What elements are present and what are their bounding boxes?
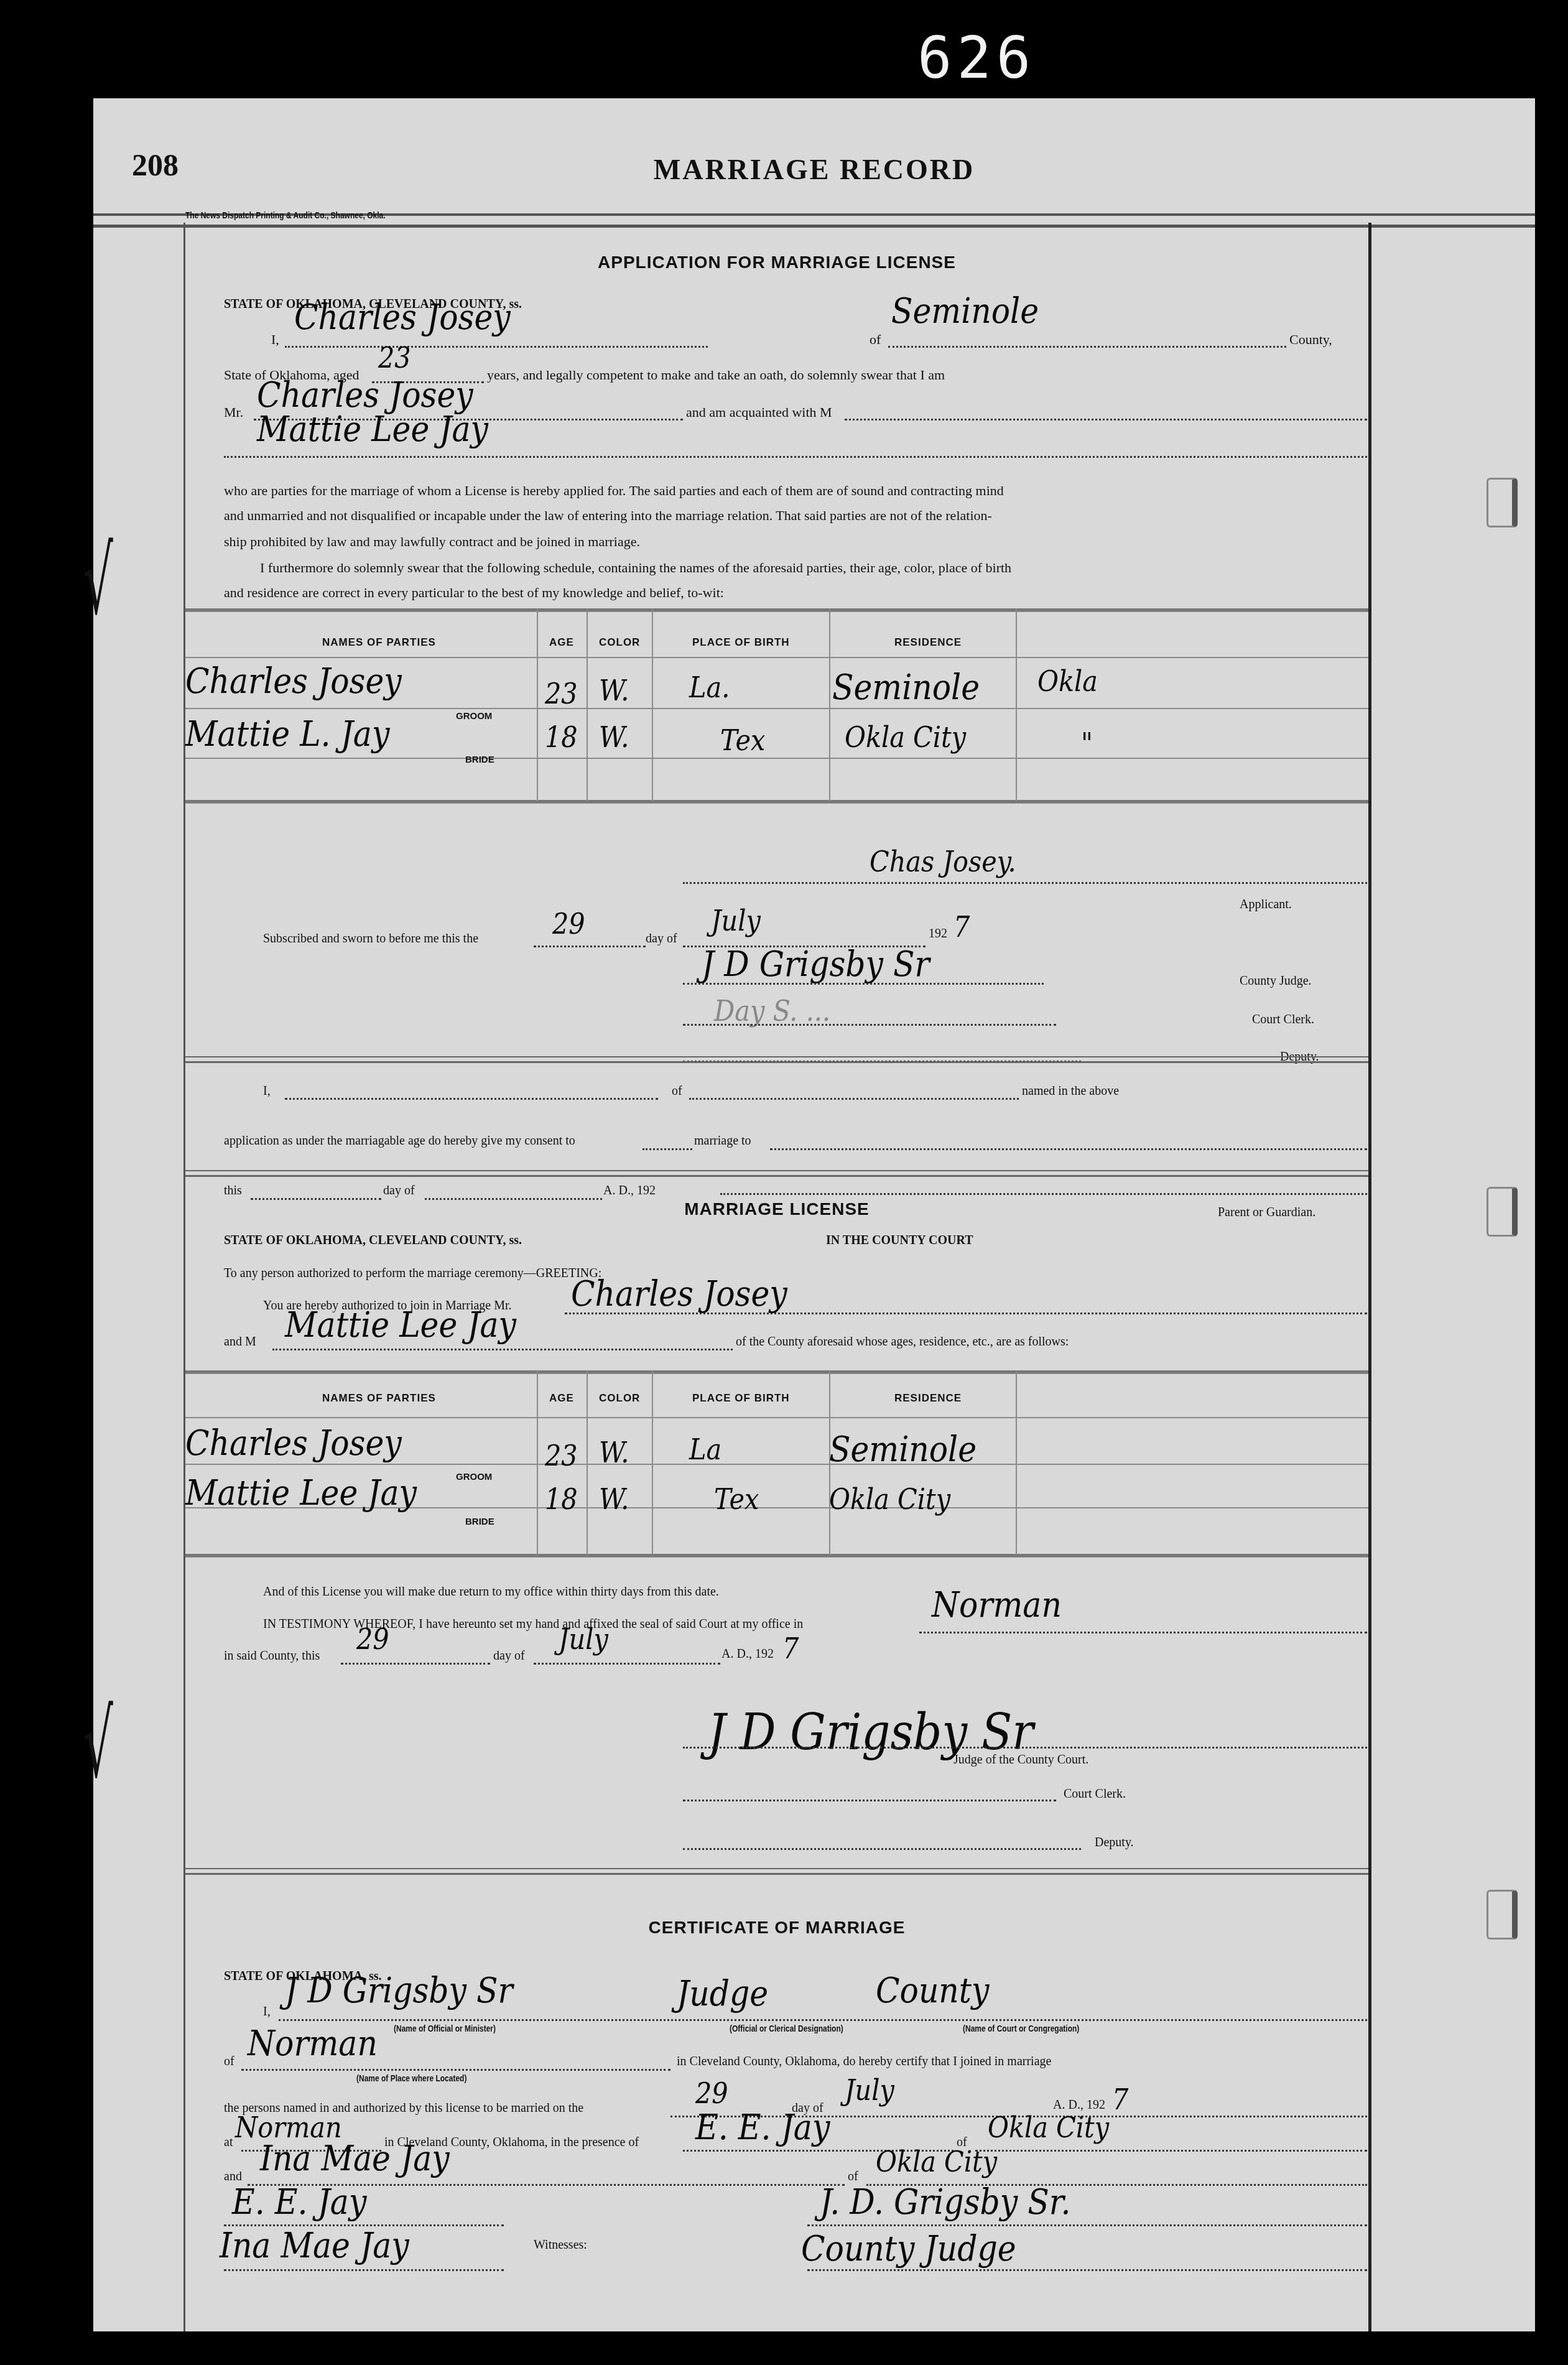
license-section: MARRIAGE LICENSE STATE OF OKLAHOMA, CLEV…: [185, 1174, 1368, 1964]
cell-color: W.: [599, 1436, 629, 1469]
cert-year-field: 7: [1112, 2083, 1128, 2116]
sworn-day-line: [534, 946, 646, 947]
license-deputy-line: [683, 1848, 1081, 1850]
return-text: And of this License you will make due re…: [263, 1585, 719, 1599]
consent-of: of: [672, 1084, 682, 1099]
cell-birth: La.: [689, 671, 730, 704]
license-clerk-line: [683, 1800, 1056, 1801]
office-place-field: Norman: [932, 1585, 1062, 1625]
col-header-residence: RESIDENCE: [894, 1392, 962, 1405]
label-county: County,: [1289, 332, 1332, 348]
binder-clip-icon: [1487, 1890, 1518, 1940]
paragraph-1: who are parties for the marriage of whom…: [224, 483, 1004, 499]
witness-sig2-line: [224, 2269, 504, 2271]
judge-county-court-label: Judge of the County Court.: [953, 1753, 1088, 1767]
bride-line: [224, 456, 1367, 458]
applicant-label: Applicant.: [1240, 898, 1292, 912]
cell-residence: Seminole: [832, 667, 980, 708]
col-header-names: NAMES OF PARTIES: [322, 636, 436, 649]
witness1-place-field: Okla City: [988, 2111, 1109, 2144]
officiant-title: County Judge: [801, 2229, 1016, 2269]
license-month-field: July: [559, 1622, 608, 1656]
cert-place-field: Norman: [248, 2023, 378, 2064]
col-header-names: NAMES OF PARTIES: [322, 1392, 436, 1405]
applicant-county-field: Seminole: [891, 291, 1039, 332]
officiant-signature: J. D. Grigsby Sr.: [820, 2182, 1070, 2223]
cell-name: Charles Josey: [185, 1423, 402, 1464]
sworn-day-field: 29: [552, 907, 585, 941]
paragraph-4: I furthermore do solemnly swear that the…: [260, 560, 1011, 576]
label-mr: Mr.: [224, 404, 243, 420]
cell-age: 18: [545, 1482, 578, 1516]
application-heading: APPLICATION FOR MARRIAGE LICENSE: [185, 253, 1368, 272]
cell-extra: Okla: [1037, 664, 1098, 698]
label-acquainted: and am acquainted with M: [686, 404, 832, 420]
official-line: [279, 2019, 1367, 2021]
license-heading: MARRIAGE LICENSE: [185, 1199, 1368, 1219]
cert-month-field: July: [845, 2073, 894, 2107]
license-groom-field: Charles Josey: [571, 1274, 787, 1314]
certificate-section: CERTIFICATE OF MARRIAGE STATE OF OKLAHOM…: [185, 1871, 1368, 2331]
cell-residence: Okla City: [829, 1482, 950, 1516]
check-mark-icon: √: [83, 527, 113, 636]
witness2-field: Ina Mae Jay: [260, 2139, 450, 2179]
col-header-age: AGE: [549, 1392, 574, 1405]
consent-to-line: [643, 1148, 692, 1150]
page-title: MARRIAGE RECORD: [93, 153, 1535, 186]
judge-sign-line: [683, 983, 1044, 985]
license-day-field: 29: [356, 1622, 389, 1656]
sworn-text: Subscribed and sworn to before me this t…: [263, 932, 478, 946]
sworn-year-prefix: 192: [929, 927, 947, 941]
testimony-text: IN TESTIMONY WHEREOF, I have hereunto se…: [263, 1617, 803, 1632]
col-header-birth: PLACE OF BIRTH: [692, 636, 790, 649]
applicant-name-line: [285, 346, 708, 348]
consent-spouse-line: [770, 1148, 1367, 1150]
license-bride-line: [272, 1349, 733, 1350]
sworn-dayof: day of: [646, 932, 677, 946]
office-place-line: [919, 1632, 1367, 1633]
place-line: [241, 2069, 670, 2071]
caption-official: (Name of Official or Minister): [394, 2023, 496, 2034]
cell-name: Mattie L. Jay: [185, 714, 389, 755]
paragraph-3: ship prohibited by law and may lawfully …: [224, 534, 640, 550]
oath-text: years, and legally competent to make and…: [487, 367, 945, 383]
paragraph-5: and residence are correct in every parti…: [224, 585, 724, 601]
court-name-field: County: [876, 1971, 990, 2011]
consent-text: application as under the marriagable age…: [224, 1134, 575, 1148]
license-bride-field: Mattie Lee Jay: [285, 1305, 516, 1345]
officiant-title-line: [807, 2269, 1367, 2271]
role-label: GROOM: [456, 1472, 492, 1482]
cell-name: Mattie Lee Jay: [185, 1473, 417, 1513]
county-aforesaid: of the County aforesaid whose ages, resi…: [736, 1335, 1069, 1349]
applicant-sign-line: [683, 882, 1367, 884]
col-header-color: COLOR: [599, 1392, 640, 1405]
court-clerk-label: Court Clerk.: [1252, 1013, 1314, 1027]
license-judge-line: [683, 1747, 1367, 1749]
binder-clip-icon: [1487, 1187, 1518, 1237]
bride-name-field: Mattie Lee Jay: [257, 409, 488, 450]
cell-residence: Okla City: [845, 720, 966, 754]
applicant-age-field: 23: [378, 341, 411, 374]
applicant-signature: Chas Josey.: [870, 845, 1016, 878]
cell-residence: Seminole: [829, 1429, 977, 1470]
consent-i: I,: [263, 1084, 271, 1099]
witness1-place-line: [975, 2150, 1367, 2152]
col-header-residence: RESIDENCE: [894, 636, 962, 649]
cell-age: 23: [545, 677, 578, 710]
record-page: 208 MARRIAGE RECORD The News Dispatch Pr…: [93, 98, 1535, 2331]
consent-named: named in the above: [1022, 1084, 1119, 1099]
license-parties-table: NAMES OF PARTIES AGE COLOR PLACE OF BIRT…: [185, 1370, 1368, 1563]
cell-color: W.: [599, 1482, 629, 1516]
witness2-place-field: Okla City: [876, 2145, 997, 2178]
caption-place: (Name of Place where Located): [356, 2073, 466, 2084]
paragraph-2: and unmarried and not disqualified or in…: [224, 508, 992, 524]
label-of: of: [870, 332, 881, 348]
witnesses-label: Witnesses:: [534, 2238, 587, 2252]
witness1-field: E. E. Jay: [695, 2107, 830, 2148]
page-stamp-number: 626: [917, 25, 1036, 91]
label-i: I,: [271, 332, 279, 348]
cert-i: I,: [263, 2005, 271, 2019]
cell-color: W.: [599, 674, 629, 707]
license-venue: STATE OF OKLAHOMA, CLEVELAND COUNTY, ss.: [224, 1234, 522, 1248]
right-column-rule: [1368, 223, 1371, 2331]
license-deputy-label: Deputy.: [1095, 1836, 1134, 1850]
printer-imprint: The News Dispatch Printing & Audit Co., …: [185, 210, 386, 221]
cell-name: Charles Josey: [185, 661, 402, 702]
cell-age: 23: [545, 1439, 578, 1472]
cert-at: at: [224, 2135, 233, 2150]
binder-clip-icon: [1487, 478, 1518, 527]
role-label: BRIDE: [465, 755, 494, 765]
cell-birth: Tex: [720, 723, 765, 757]
sworn-month-field: July: [711, 904, 761, 937]
clerk-signature: Day S. ...: [714, 994, 830, 1028]
officiant-line: [807, 2224, 1367, 2226]
caption-court: (Name of Court or Congregation): [963, 2023, 1079, 2034]
cell-birth: Tex: [714, 1482, 759, 1516]
cert-of-suffix: in Cleveland County, Oklahoma, do hereby…: [677, 2055, 1051, 2069]
sworn-year-field: 7: [953, 910, 970, 944]
greeting: To any person authorized to perform the …: [224, 1266, 601, 1281]
role-label: GROOM: [456, 711, 492, 722]
judge-signature: J D Grigsby Sr: [702, 944, 930, 985]
county-judge-label: County Judge.: [1240, 974, 1312, 988]
col-header-age: AGE: [549, 636, 574, 649]
applicant-name-field: Charles Josey: [294, 297, 511, 338]
acquainted-line: [845, 419, 1367, 420]
consent-name-line: [285, 1098, 658, 1100]
cert-of: of: [224, 2055, 234, 2069]
applicant-county-line: [888, 346, 1286, 348]
license-year-field: 7: [782, 1632, 799, 1665]
clerk-sign-line: [683, 1024, 1056, 1026]
certificate-heading: CERTIFICATE OF MARRIAGE: [185, 1918, 1368, 1938]
cell-age: 18: [545, 720, 578, 754]
col-header-color: COLOR: [599, 636, 640, 649]
license-day-line: [341, 1663, 490, 1665]
consent-place-line: [689, 1098, 1019, 1100]
cell-birth: La: [689, 1433, 721, 1466]
and-m: and M: [224, 1335, 256, 1349]
application-parties-table: NAMES OF PARTIES AGE COLOR PLACE OF BIRT…: [185, 608, 1368, 807]
cell-color: W.: [599, 720, 629, 754]
cert-day-field: 29: [695, 2076, 728, 2110]
license-year-prefix: A. D., 192: [721, 1647, 774, 1661]
cell-extra: ": [1081, 727, 1093, 760]
witness-signature-2: Ina Mae Jay: [220, 2226, 409, 2266]
official-designation-field: Judge: [677, 1974, 768, 2014]
witness-signature-1: E. E. Jay: [232, 2182, 366, 2223]
county-court: IN THE COUNTY COURT: [826, 1234, 973, 1248]
consent-marriage-to: marriage to: [694, 1134, 751, 1148]
col-header-birth: PLACE OF BIRTH: [692, 1392, 790, 1405]
license-month-line: [534, 1663, 720, 1665]
official-name-field: J D Grigsby Sr: [285, 1971, 513, 2011]
role-label: BRIDE: [465, 1517, 494, 1527]
county-this: in said County, this: [224, 1649, 320, 1663]
license-dayof: day of: [493, 1649, 525, 1663]
license-clerk-label: Court Clerk.: [1064, 1787, 1126, 1801]
check-mark-icon: √: [83, 1691, 113, 1799]
caption-designation: (Official or Clerical Designation): [730, 2023, 843, 2034]
